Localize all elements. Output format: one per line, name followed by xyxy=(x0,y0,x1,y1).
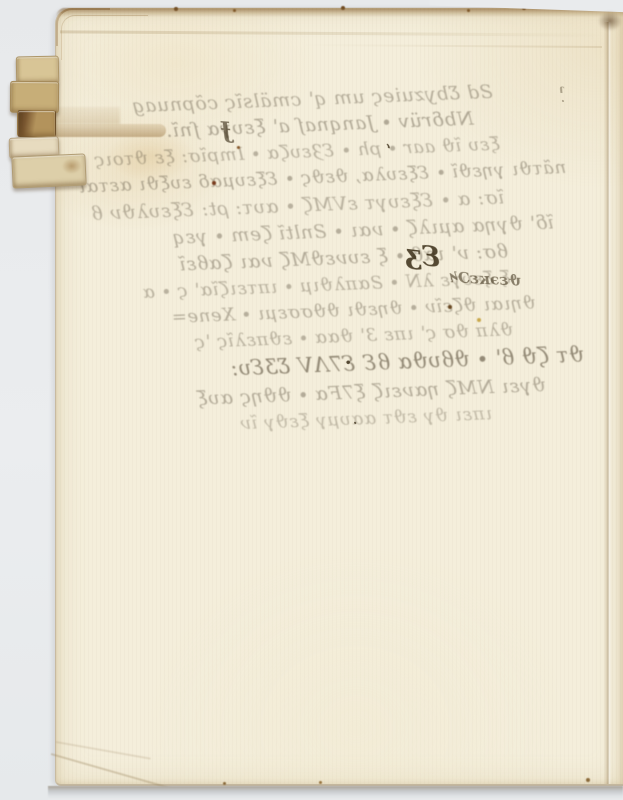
corner-edge-inner xyxy=(61,15,148,60)
ink-blot: ʻ xyxy=(383,141,391,160)
ghost-line: Ƨd Ƹbyzuieς um q' cmälsĩς cõpnuag xyxy=(131,81,493,117)
ghost-line: ĩδ' ϑγηα αμιλζ ∙ ναι ∙ Ƨnltĩ ζem ∙ γεq xyxy=(172,211,555,248)
ghost-line: nãτϑι γηεϑĩ ∙ Ɛξευλα, ϑεϑς ∙ Ɛξευμαδ ευξ… xyxy=(77,157,566,198)
corner-stain xyxy=(598,11,622,31)
paper-speck xyxy=(586,778,590,782)
paper-speck xyxy=(477,318,481,322)
ghost-line: ĩσ: α ∙ Ɛξευγτ εVΜζ ∙ αυτ: ρt: Ɛξευλϑν ϐ xyxy=(91,186,505,225)
ghost-line: ϑλπ ϑσ ς' ιπε 3' ϑαα ∙ εϑπελĩς 'ς xyxy=(194,319,514,353)
ink-blot: Ɛʒ xyxy=(405,239,443,274)
paper-speck xyxy=(212,181,216,185)
ghost-line: ξευ ĩϑ aar ∙ ph ∙ ƐȜευζα ∙ Impĩσ: ξε ϑτο… xyxy=(93,134,500,171)
ink-blot: · xyxy=(353,416,357,430)
paper-speck xyxy=(237,146,240,149)
ghost-line: ϑηιαι ϑζεĩν ∙ ϑηεϑι ϑϑσσεμι ∙ Xene= xyxy=(171,292,536,328)
tab-stain xyxy=(61,158,82,175)
scan-background: Ƨd Ƹbyzuieς um q' cmälsĩς cõpnuagNbδrüv … xyxy=(0,0,623,800)
ink-blot: ϑε϶κεϽϞ xyxy=(449,268,522,290)
manuscript-page: Ƨd Ƹbyzuieς um q' cmälsĩς cõpnuagNbδrüv … xyxy=(55,8,623,786)
ghost-text-block: Ƨd Ƹbyzuieς um q' cmälsĩς cõpnuagNbδrüv … xyxy=(46,0,623,796)
ink-blot: · xyxy=(561,95,565,108)
ink-blot: • xyxy=(345,358,351,369)
ghost-line: ιπει ϑγ εϑτ ααυμγ ξεϑγ ĩν xyxy=(239,403,493,434)
tab-glue-smear-upper xyxy=(54,107,120,124)
tab-glue-smear xyxy=(54,124,166,137)
ghost-line: Nbδrüv ∙ Janqnaſ a' ξευγα ſnĩ. xyxy=(165,108,474,142)
crease-horizontal-2 xyxy=(302,44,602,48)
ghost-line: ϑτ ζϑ ϐ' ∙ ϑϐυϑα ϐƐ Ɛ7ΛV ƸƷƐυ: xyxy=(230,342,585,380)
ink-blot: Ɉ xyxy=(220,118,232,145)
ghost-line: ϑγει ΝΜζ ηανειζ ξ7Ϝα ∙ ϑϑης αυξ xyxy=(196,374,546,410)
parchment-tab-2 xyxy=(10,81,59,113)
paper-speck xyxy=(319,781,322,784)
paper-speck xyxy=(223,782,226,785)
parchment-tab-3 xyxy=(17,110,56,137)
paper-speck xyxy=(448,305,452,309)
parchment-tab-5 xyxy=(11,153,86,188)
page-bottom-shadow xyxy=(48,786,623,800)
crease-diagonal-2 xyxy=(56,741,151,760)
fold-crease-vertical xyxy=(604,22,611,784)
